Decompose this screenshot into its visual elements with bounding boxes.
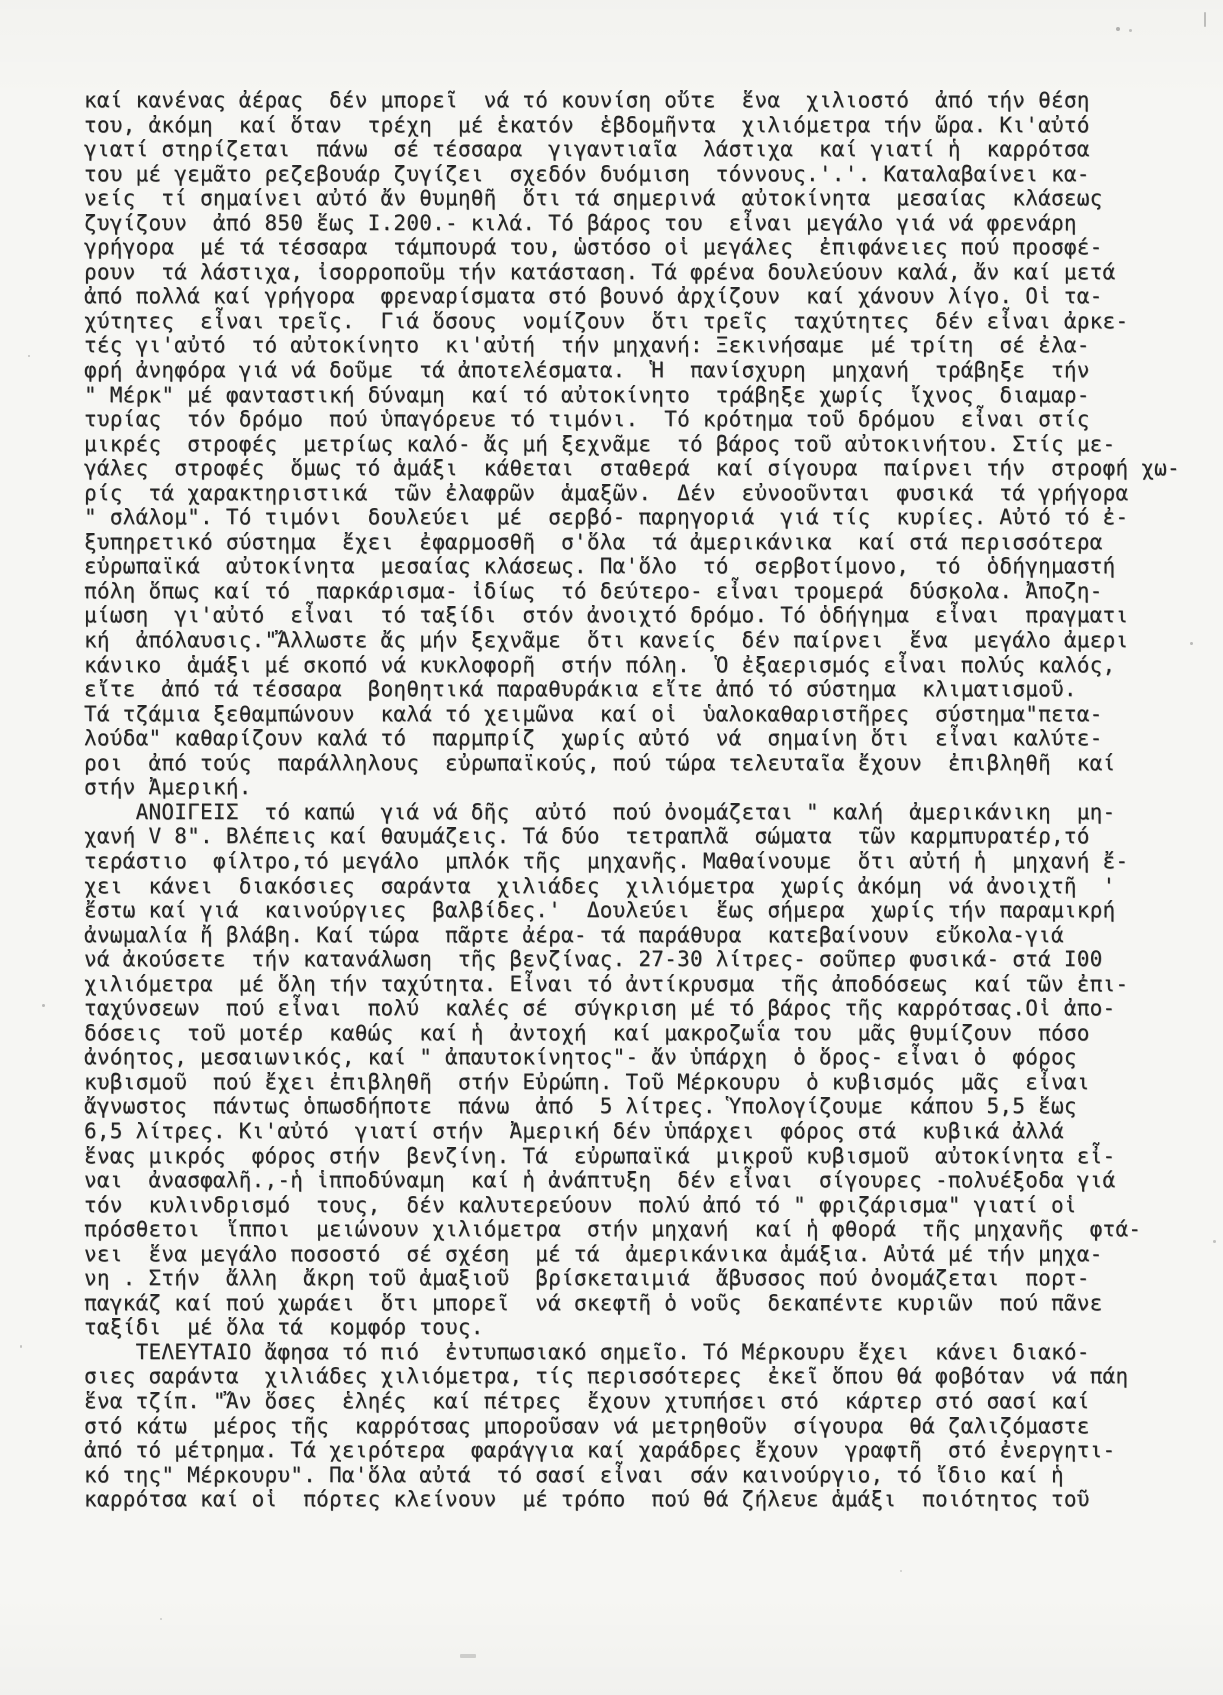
- text-line: μικρές στροφές μετρίως καλό- ἄς μή ξεχνᾶ…: [84, 432, 1169, 457]
- text-line: ζυγίζουν ἀπό 850 ἕως Ι.200.- κιλά. Τό βά…: [84, 211, 1169, 236]
- text-line: σιες σαράντα χιλιάδες χιλιόμετρα, τίς πε…: [84, 1364, 1169, 1389]
- text-line: στήν Ἀμερική.: [84, 775, 1169, 800]
- text-line: " Μέρκ" μέ φανταστική δύναμη καί τό αὐτο…: [84, 383, 1169, 408]
- text-line: ἄγνωστος πάντως ὁπωσδήποτε πάνω ἀπό 5 λί…: [84, 1094, 1169, 1119]
- scan-speck: [1129, 29, 1132, 32]
- text-line: " σλάλομ". Τό τιμόνι δουλεύει μέ σερβό- …: [84, 505, 1169, 530]
- text-line: νείς τί σημαίνει αὐτό ἄν θυμηθῆ ὅτι τά σ…: [84, 186, 1169, 211]
- text-line: ἀνόητος, μεσαιωνικός, καί " ἀπαυτοκίνητο…: [84, 1045, 1169, 1070]
- text-line: ἔστω καί γιά καινούργιες βαλβίδες.' Δουλ…: [84, 898, 1169, 923]
- text-line: χανή V 8". Βλέπεις καί θαυμάζεις. Τά δύο…: [84, 824, 1169, 849]
- scan-speck: [900, 1570, 902, 1572]
- text-line: του, ἀκόμη καί ὅταν τρέχη μέ ἑκατόν ἑβδο…: [84, 113, 1169, 138]
- text-line: γάλες στροφές ὅμως τό ἁμάξι κάθεται σταθ…: [84, 456, 1169, 481]
- text-line: κυβισμοῦ πού ἔχει ἐπιβληθῆ στήν Εὐρώπη. …: [84, 1070, 1169, 1095]
- text-line: γιατί στηρίζεται πάνω σέ τέσσαρα γιγαντι…: [84, 137, 1169, 162]
- scan-speck: [160, 1618, 162, 1620]
- text-line: φρή ἀνηφόρα γιά νά δοῦμε τά ἀποτελέσματα…: [84, 358, 1169, 383]
- scan-speck: [28, 355, 30, 357]
- text-line: εὐρωπαϊκά αὐτοκίνητα μεσαίας κλάσεως. Πα…: [84, 554, 1169, 579]
- text-line: πρόσθετοι ἵπποι μειώνουν χιλιόμετρα στήν…: [84, 1217, 1169, 1242]
- text-line: νει ἕνα μεγάλο ποσοστό σέ σχέση μέ τά ἀμ…: [84, 1242, 1169, 1267]
- text-line: κό της" Μέρκουρυ". Πα'ὅλα αὐτά τό σασί ε…: [84, 1463, 1169, 1488]
- text-line: Τά τζάμια ξεθαμπώνουν καλά τό χειμῶνα κα…: [84, 702, 1169, 727]
- text-line: χει κάνει διακόσιες σαράντα χιλιάδες χιλ…: [84, 874, 1169, 899]
- text-line: 6,5 λίτρες. Κι'αὐτό γιατί στήν Ἀμερική δ…: [84, 1119, 1169, 1144]
- text-line: γρήγορα μέ τά τέσσαρα τάμπουρά του, ὡστό…: [84, 235, 1169, 260]
- text-line: λούδα" καθαρίζουν καλά τό παρμπρίζ χωρίς…: [84, 726, 1169, 751]
- scan-speck: [1190, 642, 1193, 645]
- typewritten-text-block: καί κανένας ἀέρας δέν μπορεῖ νά τό κουνί…: [84, 88, 1169, 1512]
- text-line: ναι ἀνασφαλῆ.,-ἡ ἱπποδύναμη καί ἡ ἀνάπτυ…: [84, 1168, 1169, 1193]
- text-line: τεράστιο φίλτρο,τό μεγάλο μπλόκ τῆς μηχα…: [84, 849, 1169, 874]
- text-line: χύτητες εἶναι τρεῖς. Γιά ὅσους νομίζουν …: [84, 309, 1169, 334]
- text-line: ἀπό τό μέτρημα. Τά χειρότερα φαράγγια κα…: [84, 1438, 1169, 1463]
- text-line: κή ἀπόλαυσις."Ἄλλωστε ἄς μήν ξεχνᾶμε ὅτι…: [84, 628, 1169, 653]
- text-line: κάνικο ἁμάξι μέ σκοπό νά κυκλοφορῆ στήν …: [84, 653, 1169, 678]
- text-line: στό κάτω μέρος τῆς καρρότσας μποροῦσαν ν…: [84, 1414, 1169, 1439]
- text-line: ἀνωμαλία ἤ βλάβη. Καί τώρα πᾶρτε ἀέρα- τ…: [84, 923, 1169, 948]
- text-line: καρρότσα καί οἱ πόρτες κλείνουν μέ τρόπο…: [84, 1487, 1169, 1512]
- text-line: νη . Στήν ἄλλη ἄκρη τοῦ ἁμαξιοῦ βρίσκετα…: [84, 1266, 1169, 1291]
- text-line: του μέ γεμᾶτο ρεζεβουάρ ζυγίζει σχεδόν δ…: [84, 162, 1169, 187]
- scan-speck: [1116, 27, 1120, 31]
- text-line: ταχύνσεων πού εἶναι πολύ καλές σέ σύγκρι…: [84, 996, 1169, 1021]
- text-line: χιλιόμετρα μέ ὅλη τήν ταχύτητα. Εἶναι τό…: [84, 972, 1169, 997]
- text-line: τές γι'αὐτό τό αὐτοκίνητο κι'αὐτή τήν μη…: [84, 333, 1169, 358]
- text-line: ἀπό πολλά καί γρήγορα φρεναρίσματα στό β…: [84, 284, 1169, 309]
- text-line: εἴτε ἀπό τά τέσσαρα βοηθητικά παραθυράκι…: [84, 677, 1169, 702]
- text-line: δόσεις τοῦ μοτέρ καθώς καί ἡ ἀντοχή καί …: [84, 1021, 1169, 1046]
- scan-speck: [20, 1345, 22, 1348]
- text-line: πόλη ὅπως καί τό παρκάρισμα- ἰδίως τό δε…: [84, 579, 1169, 604]
- text-line: ΤΕΛΕΥΤΑΙΟ ἄφησα τό πιό ἐντυπωσιακό σημεῖ…: [84, 1340, 1169, 1365]
- text-line: ἕνα τζίπ. "Ἄν ὅσες ἑληές καί πέτρες ἔχου…: [84, 1389, 1169, 1414]
- scan-speck: [1213, 1240, 1216, 1243]
- text-line: ἕνας μικρός φόρος στήν βενζίνη. Τά εὐρωπ…: [84, 1144, 1169, 1169]
- text-line: ροι ἀπό τούς παράλληλους εὐρωπαϊκούς, πο…: [84, 751, 1169, 776]
- text-line: ρίς τά χαρακτηριστικά τῶν ἐλαφρῶν ἁμαξῶν…: [84, 481, 1169, 506]
- scan-smudge: [460, 1654, 476, 1658]
- text-line: μίωση γι'αὐτό εἶναι τό ταξίδι στόν ἀνοιχ…: [84, 603, 1169, 628]
- scanned-page: καί κανένας ἀέρας δέν μπορεῖ νά τό κουνί…: [0, 0, 1223, 1695]
- text-line: ξυπηρετικό σύστημα ἔχει ἐφαρμοσθῆ σ'ὅλα …: [84, 530, 1169, 555]
- scan-streak: [1204, 12, 1206, 27]
- text-line: τυρίας τόν δρόμο πού ὑπαγόρευε τό τιμόνι…: [84, 407, 1169, 432]
- text-line: παγκάζ καί πού χωράει ὅτι μπορεῖ νά σκεφ…: [84, 1291, 1169, 1316]
- text-line: ΑΝΟΙΓΕΙΣ τό καπώ γιά νά δῆς αὐτό πού ὀνο…: [84, 800, 1169, 825]
- text-line: ρουν τά λάστιχα, ἰσορροποῦμ τήν κατάστασ…: [84, 260, 1169, 285]
- scan-speck: [42, 1004, 45, 1007]
- text-line: τόν κυλινδρισμό τους, δέν καλυτερεύουν π…: [84, 1193, 1169, 1218]
- text-line: ταξίδι μέ ὅλα τά κομφόρ τους.: [84, 1315, 1169, 1340]
- text-line: νά ἀκούσετε τήν κατανάλωση τῆς βενζίνας.…: [84, 947, 1169, 972]
- text-line: καί κανένας ἀέρας δέν μπορεῖ νά τό κουνί…: [84, 88, 1169, 113]
